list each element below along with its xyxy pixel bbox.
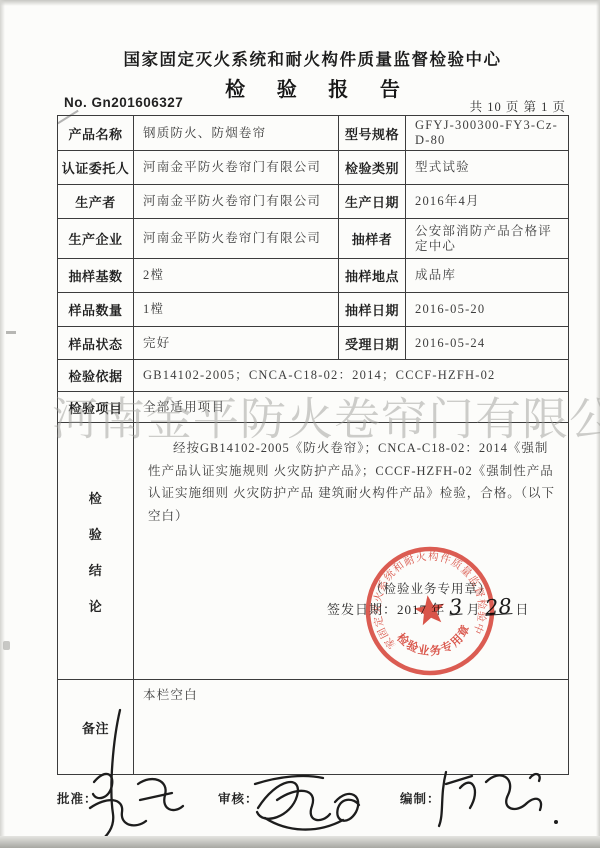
field-label: 检验项目: [58, 392, 134, 423]
scan-mark: [6, 331, 16, 334]
field-label: 样品数量: [58, 293, 134, 327]
conclusion-label-vertical: 检 验 结 论: [60, 488, 131, 615]
svg-text:检验业务专用章: 检验业务专用章: [393, 620, 477, 664]
table-row-basis: 检验依据 GB14102-2005；CNCA-C18-02：2014；CCCF-…: [58, 360, 569, 392]
field-value: 2樘: [134, 259, 339, 293]
conclusion-label-char: 验: [89, 524, 103, 543]
field-value: GB14102-2005；CNCA-C18-02：2014；CCCF-HZFH-…: [134, 360, 569, 392]
field-value: 河南金平防火卷帘门有限公司: [134, 185, 339, 219]
table-row-items: 检验项目 全部适用项目: [58, 392, 569, 423]
stamp-inner-text: 检验业务专用章: [393, 620, 477, 664]
field-label: 生产企业: [58, 219, 134, 259]
conclusion-text: 经按GB14102-2005《防火卷帘》；CNCA-C18-02：2014《强制…: [148, 437, 556, 527]
field-label: 生产者: [58, 185, 134, 219]
scan-edge-left: [0, 0, 5, 848]
scan-mark: [3, 641, 10, 650]
table-row: 生产企业 河南金平防火卷帘门有限公司 抽样者 公安部消防产品合格评定中心: [58, 219, 569, 259]
pagination: 共 10 页 第 1 页: [57, 97, 566, 115]
field-value: 2016年4月: [406, 185, 569, 219]
conclusion-label-char: 论: [89, 596, 103, 615]
field-label: 抽样地点: [339, 259, 406, 293]
table-row: 产品名称 钢质防火、防烟卷帘 型号规格 GFYJ-300300-FY3-Cz-D…: [58, 116, 569, 151]
stamp-ring-text: 国家固定灭火系统和耐火构件质量监督检验中心: [345, 526, 493, 656]
field-value: 完好: [134, 327, 339, 360]
field-value: 钢质防火、防烟卷帘: [134, 116, 339, 151]
field-label: 生产日期: [339, 185, 406, 219]
conclusion-label-char: 结: [89, 560, 103, 579]
field-value: 全部适用项目: [134, 392, 569, 423]
field-label: 受理日期: [339, 327, 406, 360]
field-label: 型号规格: [339, 116, 406, 151]
table-row: 认证委托人 河南金平防火卷帘门有限公司 检验类别 型式试验: [58, 151, 569, 185]
scan-edge-top: [0, 0, 600, 6]
inspection-report-page: 国家固定灭火系统和耐火构件质量监督检验中心 检 验 报 告 No. Gn2016…: [0, 0, 600, 848]
table-row-conclusion: 检 验 结 论 经按GB14102-2005《防火卷帘》；CNCA-C18-02…: [58, 423, 569, 680]
field-label: 抽样基数: [58, 259, 134, 293]
field-label: 检验依据: [58, 360, 134, 392]
field-value: 河南金平防火卷帘门有限公司: [134, 151, 339, 185]
field-label: 样品状态: [58, 327, 134, 360]
scan-edge-right: [596, 0, 600, 848]
star-icon: [412, 593, 447, 626]
field-label: 检验类别: [339, 151, 406, 185]
field-value: 型式试验: [406, 151, 569, 185]
review-signature: [245, 762, 370, 844]
field-label: 产品名称: [58, 116, 134, 151]
field-value: 河南金平防火卷帘门有限公司: [134, 219, 339, 259]
field-value: GFYJ-300300-FY3-Cz-D-80: [406, 116, 569, 151]
table-row: 生产者 河南金平防火卷帘门有限公司 生产日期 2016年4月: [58, 185, 569, 219]
org-name: 国家固定灭火系统和耐火构件质量监督检验中心: [57, 46, 568, 70]
svg-text:国家固定灭火系统和耐火构件质量监督检验中心: 国家固定灭火系统和耐火构件质量监督检验中心: [345, 526, 493, 656]
table-row: 样品状态 完好 受理日期 2016-05-24: [58, 327, 569, 360]
table-row: 样品数量 1樘 抽样日期 2016-05-20: [58, 293, 569, 327]
field-label: 抽样日期: [339, 293, 406, 327]
field-label: 抽样者: [339, 219, 406, 259]
conclusion-label-char: 检: [89, 488, 103, 507]
prepare-signature: [430, 758, 565, 836]
field-value: 2016-05-24: [406, 327, 569, 360]
report-table: 产品名称 钢质防火、防烟卷帘 型号规格 GFYJ-300300-FY3-Cz-D…: [57, 115, 569, 775]
field-value: 公安部消防产品合格评定中心: [406, 219, 569, 259]
scan-edge-bottom: [0, 836, 600, 848]
field-label: 认证委托人: [58, 151, 134, 185]
issue-day-suffix: 日: [515, 602, 529, 617]
table-row: 抽样基数 2樘 抽样地点 成品库: [58, 259, 569, 293]
field-value: 成品库: [406, 259, 569, 293]
official-stamp: 国家固定灭火系统和耐火构件质量监督检验中心 检验业务专用章: [345, 526, 514, 679]
approve-signature: [82, 696, 192, 846]
conclusion-cell: 经按GB14102-2005《防火卷帘》；CNCA-C18-02：2014《强制…: [134, 423, 569, 680]
field-value: 1樘: [134, 293, 339, 327]
field-value: 2016-05-20: [406, 293, 569, 327]
conclusion-label: 检 验 结 论: [58, 423, 134, 680]
